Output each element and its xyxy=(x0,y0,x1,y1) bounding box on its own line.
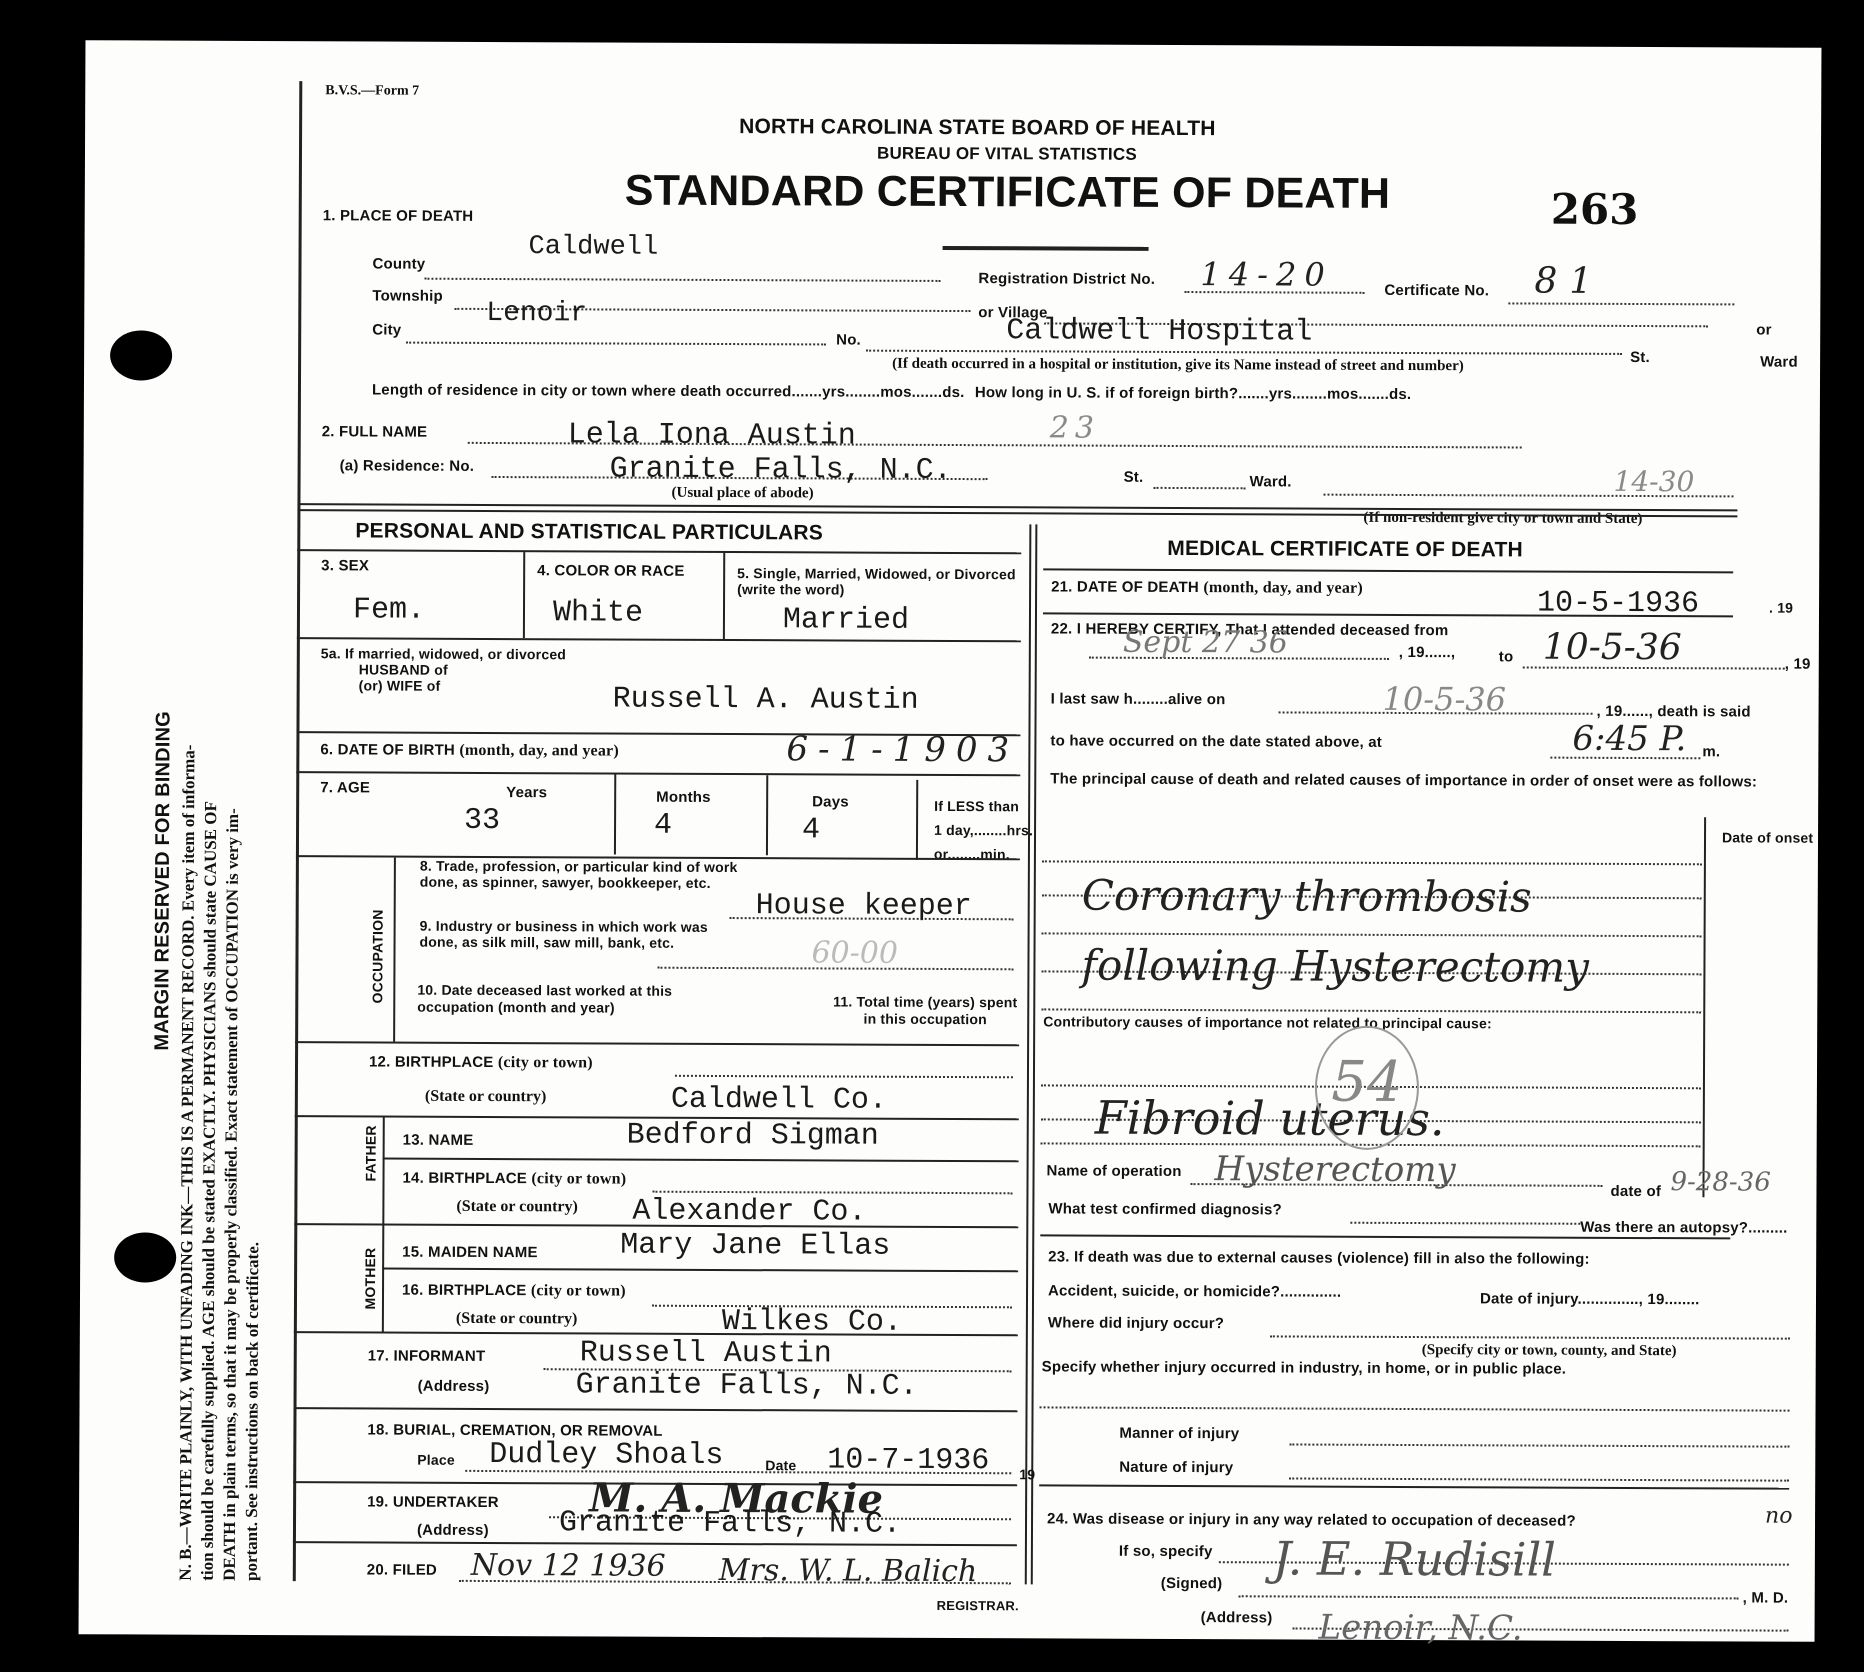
test-label: What test confirmed diagnosis? xyxy=(1048,1200,1282,1218)
where-injury-label: Where did injury occur? xyxy=(1048,1314,1224,1332)
contributory-label: Contributory causes of importance not re… xyxy=(1043,1012,1603,1032)
last-saw-date-value: 10-5-36 xyxy=(1383,680,1507,719)
father-birthplace-state-label: (State or country) xyxy=(456,1198,578,1217)
age-years-value: 33 xyxy=(464,804,500,838)
m-label: m. xyxy=(1702,743,1720,760)
nonresident-note: (If non-resident give city or town and S… xyxy=(1363,510,1642,528)
institution-value: Caldwell Hospital xyxy=(1006,314,1312,349)
place-of-death-label: 1. PLACE OF DEATH xyxy=(323,207,474,225)
occupation-related-value: no xyxy=(1765,1504,1793,1529)
certificate-no-label: Certificate No. xyxy=(1384,282,1489,299)
less-than-label: If LESS than 1 day,........hrs. or......… xyxy=(934,794,1033,866)
father-birthplace-label: 14. BIRTHPLACE (city or town) xyxy=(402,1170,626,1189)
months-label: Months xyxy=(656,789,711,806)
marital-value: Married xyxy=(783,603,909,638)
full-name-label: 2. FULL NAME xyxy=(322,423,428,440)
operation-date-label: date of xyxy=(1610,1183,1661,1200)
occurred-at-label: to have occurred on the date stated abov… xyxy=(1050,732,1382,750)
attended-to-19: , 19 xyxy=(1785,656,1811,673)
years-label: Years xyxy=(506,784,547,801)
external-causes-label: 23. If death was due to external causes … xyxy=(1048,1248,1590,1267)
last-worked-label: 10. Date deceased last worked at this oc… xyxy=(417,982,717,1017)
father-side-label: FATHER xyxy=(363,1125,379,1181)
trade-value: House keeper xyxy=(756,889,972,924)
column-divider xyxy=(1025,524,1032,1584)
days-label: Days xyxy=(812,793,849,810)
trade-label: 8. Trade, profession, or particular kind… xyxy=(420,858,740,891)
informant-value: Russell Austin xyxy=(580,1336,832,1371)
attended-to-label: to xyxy=(1499,648,1514,665)
burial-place-label: Place xyxy=(417,1452,455,1468)
if-so-label: If so, specify xyxy=(1119,1543,1213,1560)
full-name-value: Lela Iona Austin xyxy=(568,418,856,453)
dob-label: 6. DATE OF BIRTH (month, day, and year) xyxy=(320,741,619,760)
physician-address-value: Lenoir, N.C. xyxy=(1318,1608,1522,1649)
father-name-value: Bedford Sigman xyxy=(627,1119,879,1154)
informant-address-label: (Address) xyxy=(418,1378,490,1395)
age-label: 7. AGE xyxy=(320,779,370,796)
birthplace-state-label: (State or country) xyxy=(425,1088,547,1107)
attended-19-label: , 19......, xyxy=(1399,644,1455,661)
full-name-annotation: 23 xyxy=(1050,410,1100,445)
registrar-signature: Mrs. W. L. Balich xyxy=(719,1553,978,1589)
registration-district-value: 14-20 xyxy=(1200,255,1332,294)
certificate-no-value: 81 xyxy=(1534,261,1604,302)
birthplace-label: 12. BIRTHPLACE (city or town) xyxy=(369,1053,593,1072)
occupation-related-label: 24. Was disease or injury in any way rel… xyxy=(1047,1510,1576,1529)
accident-label: Accident, suicide, or homicide?.........… xyxy=(1048,1282,1341,1300)
spouse-value: Russell A. Austin xyxy=(613,683,919,718)
institution-note: (If death occurred in a hospital or inst… xyxy=(892,356,1464,375)
principal-cause-label: The principal cause of death and related… xyxy=(1050,768,1760,793)
usual-abode-note: (Usual place of abode) xyxy=(671,485,813,503)
physician-signature: J. E. Rudisill xyxy=(1273,1531,1556,1586)
operation-date-value: 9-28-36 xyxy=(1670,1167,1770,1197)
cause-line-2: following Hysterectomy xyxy=(1081,941,1589,992)
personal-section-title: PERSONAL AND STATISTICAL PARTICULARS xyxy=(355,519,823,545)
city-label: City xyxy=(372,321,401,338)
city-value: Lenoir xyxy=(486,298,587,329)
residence-ward-label: Ward. xyxy=(1250,473,1292,490)
township-label: Township xyxy=(372,287,443,304)
margin-instructions: N. B.—WRITE PLAINLY, WITH UNFADING INK—T… xyxy=(175,745,267,1581)
father-name-label: 13. NAME xyxy=(403,1132,474,1149)
industry-label: 9. Industry or business in which work wa… xyxy=(420,918,720,951)
md-label: , M. D. xyxy=(1743,1589,1789,1606)
mother-name-label: 15. MAIDEN NAME xyxy=(402,1244,538,1262)
certificate-title: STANDARD CERTIFICATE OF DEATH xyxy=(625,167,1391,219)
ward-label: Ward xyxy=(1760,354,1798,371)
physician-address-label: (Address) xyxy=(1201,1609,1273,1626)
form-id: B.V.S.—Form 7 xyxy=(325,83,419,99)
filed-label: 20. FILED xyxy=(367,1561,437,1578)
or-label: or xyxy=(1756,322,1771,339)
title-rule xyxy=(943,246,1149,251)
undertaker-label: 19. UNDERTAKER xyxy=(367,1493,499,1511)
specify-where-label: Specify whether injury occurred in indus… xyxy=(1042,1358,1566,1377)
burial-place-value: Dudley Shoals xyxy=(489,1438,723,1473)
board-title: NORTH CAROLINA STATE BOARD OF HEALTH xyxy=(739,115,1216,141)
bureau-title: BUREAU OF VITAL STATISTICS xyxy=(877,144,1137,165)
date-of-onset-label: Date of onset xyxy=(1722,829,1813,845)
registrar-label: REGISTRAR. xyxy=(937,1598,1019,1613)
industry-annotation: 60-00 xyxy=(811,935,898,970)
margin-binding-label: MARGIN RESERVED FOR BINDING xyxy=(151,711,175,1051)
residence-st-label: St. xyxy=(1124,469,1144,486)
burial-date-label: Date xyxy=(765,1457,796,1473)
death-said-label: , 19......, death is said xyxy=(1597,703,1751,721)
race-value: White xyxy=(553,596,643,630)
operation-value: Hysterectomy xyxy=(1214,1149,1455,1190)
stamp-number: 263 xyxy=(1551,185,1639,234)
residence-label: (a) Residence: No. xyxy=(340,457,475,475)
mother-birthplace-label: 16. BIRTHPLACE (city or town) xyxy=(402,1282,626,1301)
spouse-label: 5a. If married, widowed, or divorced HUS… xyxy=(321,645,566,694)
cause-line-1: Coronary thrombosis xyxy=(1082,871,1532,922)
street-no-label: No. xyxy=(836,331,861,348)
last-saw-label: I last saw h........alive on xyxy=(1051,690,1226,708)
medical-section-title: MEDICAL CERTIFICATE OF DEATH xyxy=(1167,537,1523,563)
nature-label: Nature of injury xyxy=(1119,1459,1233,1476)
form-left-border xyxy=(293,81,303,1581)
death-certificate: MARGIN RESERVED FOR BINDING N. B.—WRITE … xyxy=(79,40,1822,1642)
dob-value: 6-1-1903 xyxy=(786,729,1019,770)
residence-length-label: Length of residence in city or town wher… xyxy=(372,381,1411,403)
filed-date-value: Nov 12 1936 xyxy=(471,1548,666,1584)
dod-label: 21. DATE OF DEATH (month, day, and year) xyxy=(1051,578,1363,597)
mother-side-label: MOTHER xyxy=(362,1248,378,1310)
operation-label: Name of operation xyxy=(1047,1162,1182,1180)
county-label: County xyxy=(372,255,425,272)
instructions-line-4: portant. See instructions on back of cer… xyxy=(241,745,267,1581)
informant-label: 17. INFORMANT xyxy=(368,1347,486,1365)
undertaker-address-value: Granite Falls, N.C. xyxy=(559,1506,901,1541)
registration-district-label: Registration District No. xyxy=(978,270,1155,288)
signed-label: (Signed) xyxy=(1161,1575,1223,1592)
undertaker-address-label: (Address) xyxy=(417,1522,489,1539)
residence-value: Granite Falls, N.C. xyxy=(610,453,952,488)
marital-label: 5. Single, Married, Widowed, or Divorced… xyxy=(737,565,1027,598)
mother-name-value: Mary Jane Ellas xyxy=(620,1229,890,1264)
burial-date-value: 10-7-1936 xyxy=(827,1443,989,1478)
binding-hole-bottom xyxy=(114,1232,176,1282)
residence-annotation: 14-30 xyxy=(1614,465,1695,498)
time-of-death-value: 6:45 P. xyxy=(1572,719,1686,759)
total-time-label: 11. Total time (years) spent in this occ… xyxy=(825,993,1025,1028)
burial-label: 18. BURIAL, CREMATION, OR REMOVAL xyxy=(367,1421,662,1439)
attended-from-value: Sept 27 36 xyxy=(1123,625,1288,661)
dod-19-label: . 19 xyxy=(1769,600,1793,616)
binding-hole-top xyxy=(110,330,172,380)
burial-19-label: 19 xyxy=(1019,1466,1035,1482)
attended-to-value: 10-5-36 xyxy=(1543,627,1682,669)
occupation-side-label: OCCUPATION xyxy=(369,909,385,1003)
age-months-value: 4 xyxy=(654,809,672,843)
st-label: St. xyxy=(1630,349,1650,366)
sex-value: Fem. xyxy=(353,593,425,627)
mother-birthplace-state-label: (State or country) xyxy=(456,1310,578,1329)
autopsy-label: Was there an autopsy?......... xyxy=(1580,1219,1787,1237)
race-label: 4. COLOR OR RACE xyxy=(537,562,684,580)
birthplace-value: Caldwell Co. xyxy=(671,1083,887,1118)
informant-address-value: Granite Falls, N.C. xyxy=(576,1368,918,1403)
specify-city-note: (Specify city or town, county, and State… xyxy=(1422,1342,1677,1360)
circled-code: 54 xyxy=(1315,1026,1420,1150)
age-days-value: 4 xyxy=(802,813,820,847)
manner-label: Manner of injury xyxy=(1119,1425,1239,1443)
sex-label: 3. SEX xyxy=(321,557,369,574)
county-value: Caldwell xyxy=(529,232,659,263)
injury-date-label: Date of injury.............., 19........ xyxy=(1480,1290,1700,1308)
